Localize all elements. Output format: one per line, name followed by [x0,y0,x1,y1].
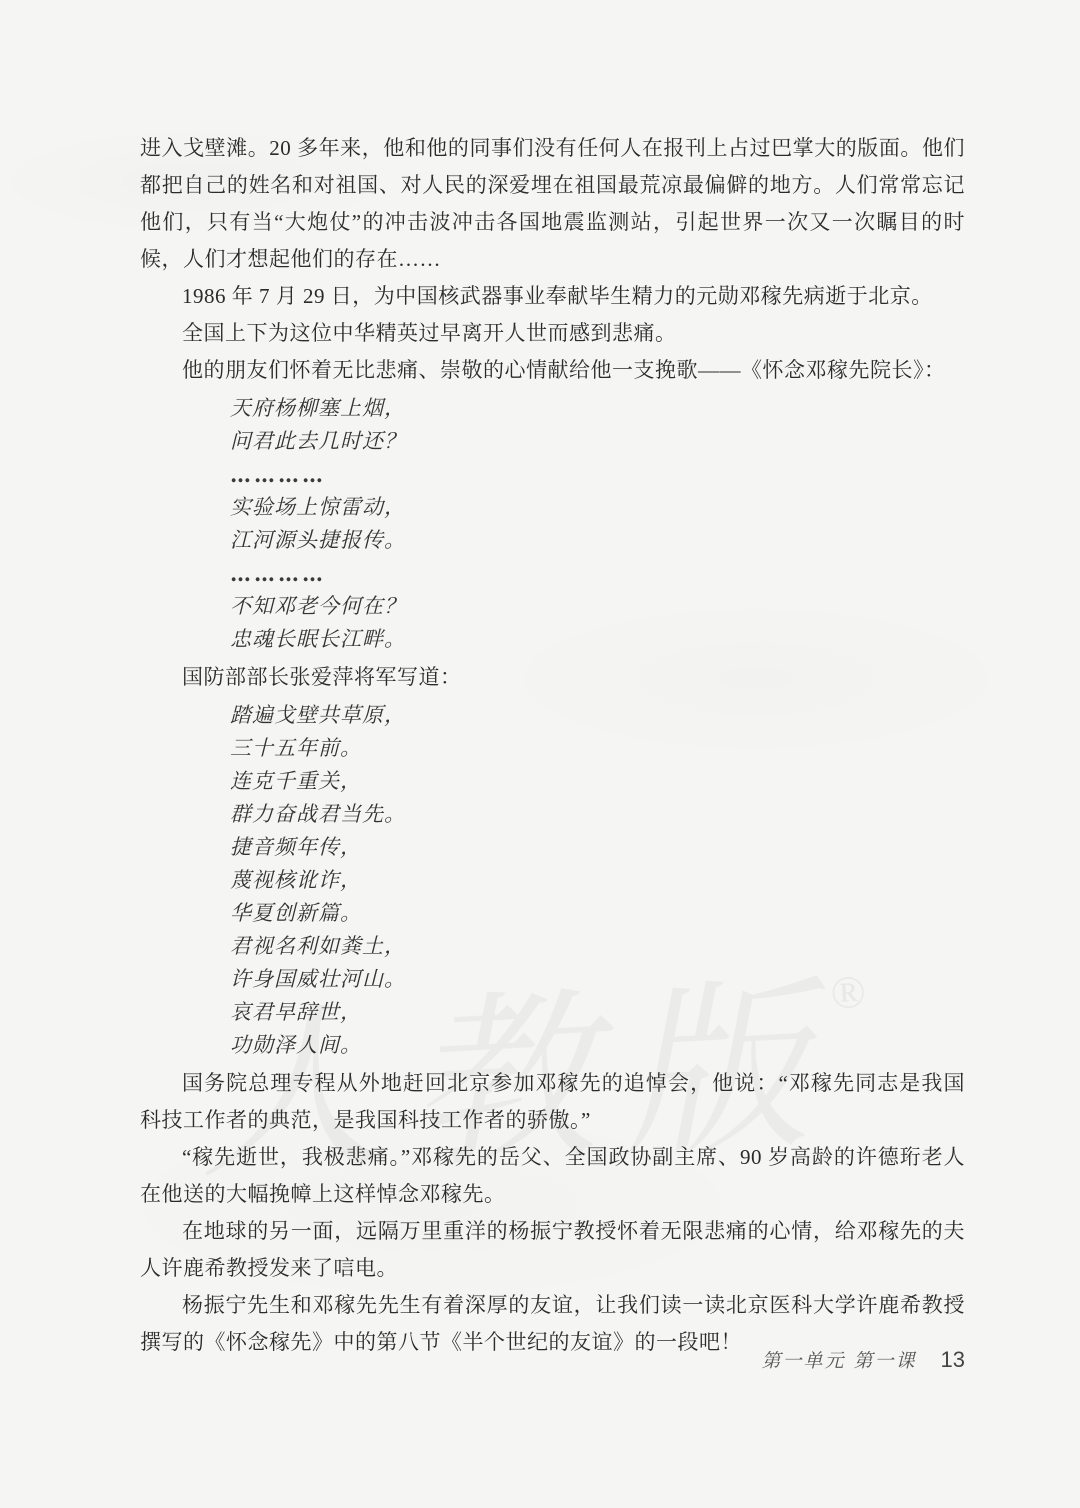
body-paragraph: 国务院总理专程从外地赶回北京参加邓稼先的追悼会，他说：“邓稼先同志是我国科技工作… [140,1065,965,1139]
poem-line: 踏遍戈壁共草原， [230,699,965,732]
body-paragraph: 他的朋友们怀着无比悲痛、崇敬的心情献给他一支挽歌——《怀念邓稼先院长》： [140,352,965,389]
poem-line: 三十五年前。 [230,732,965,765]
body-paragraph: “稼先逝世，我极悲痛。”邓稼先的岳父、全国政协副主席、90 岁高龄的许德珩老人在… [140,1139,965,1213]
poem-line: 许身国威壮河山。 [230,963,965,996]
body-paragraph: 全国上下为这位中华精英过早离开人世而感到悲痛。 [140,315,965,352]
poem-line: 华夏创新篇。 [230,897,965,930]
body-paragraph: 进入戈壁滩。20 多年来，他和他的同事们没有任何人在报刊上占过巴掌大的版面。他们… [140,130,965,278]
poem-block: 天府杨柳塞上烟，问君此去几时还？…………实验场上惊雷动，江河源头捷报传。…………… [230,392,965,656]
footer-section-label: 第一单元 第一课 [761,1350,916,1372]
body-paragraph: 在地球的另一面，远隔万里重洋的杨振宁教授怀着无限悲痛的心情，给邓稼先的夫人许鹿希… [140,1213,965,1287]
poem-line: 江河源头捷报传。 [230,524,965,557]
textbook-page: 人教版® 进入戈壁滩。20 多年来，他和他的同事们没有任何人在报刊上占过巴掌大的… [0,0,1080,1508]
poem-line: 天府杨柳塞上烟， [230,392,965,425]
poem-line: 群力奋战君当先。 [230,798,965,831]
poem-line: 连克千重关， [230,765,965,798]
poem-line: 哀君早辞世， [230,996,965,1029]
poem-line: 实验场上惊雷动， [230,491,965,524]
page-number: 13 [941,1347,965,1372]
page-content: 进入戈壁滩。20 多年来，他和他的同事们没有任何人在报刊上占过巴掌大的版面。他们… [140,130,965,1361]
body-paragraph: 1986 年 7 月 29 日，为中国核武器事业奉献毕生精力的元勋邓稼先病逝于北… [140,278,965,315]
poem-line: 不知邓老今何在？ [230,590,965,623]
poem-line: 君视名利如粪土， [230,930,965,963]
poem-line: 功勋泽人间。 [230,1029,965,1062]
poem-line: 捷音频年传， [230,831,965,864]
body-paragraph: 国防部部长张爱萍将军写道： [140,659,965,696]
poem-line: ………… [230,557,965,590]
page-footer: 第一单元 第一课 13 [761,1346,965,1373]
poem-line: ………… [230,458,965,491]
poem-line: 蔑视核讹诈， [230,864,965,897]
poem-line: 忠魂长眠长江畔。 [230,623,965,656]
poem-line: 问君此去几时还？ [230,425,965,458]
poem-block: 踏遍戈壁共草原，三十五年前。连克千重关，群力奋战君当先。捷音频年传，蔑视核讹诈，… [230,699,965,1062]
